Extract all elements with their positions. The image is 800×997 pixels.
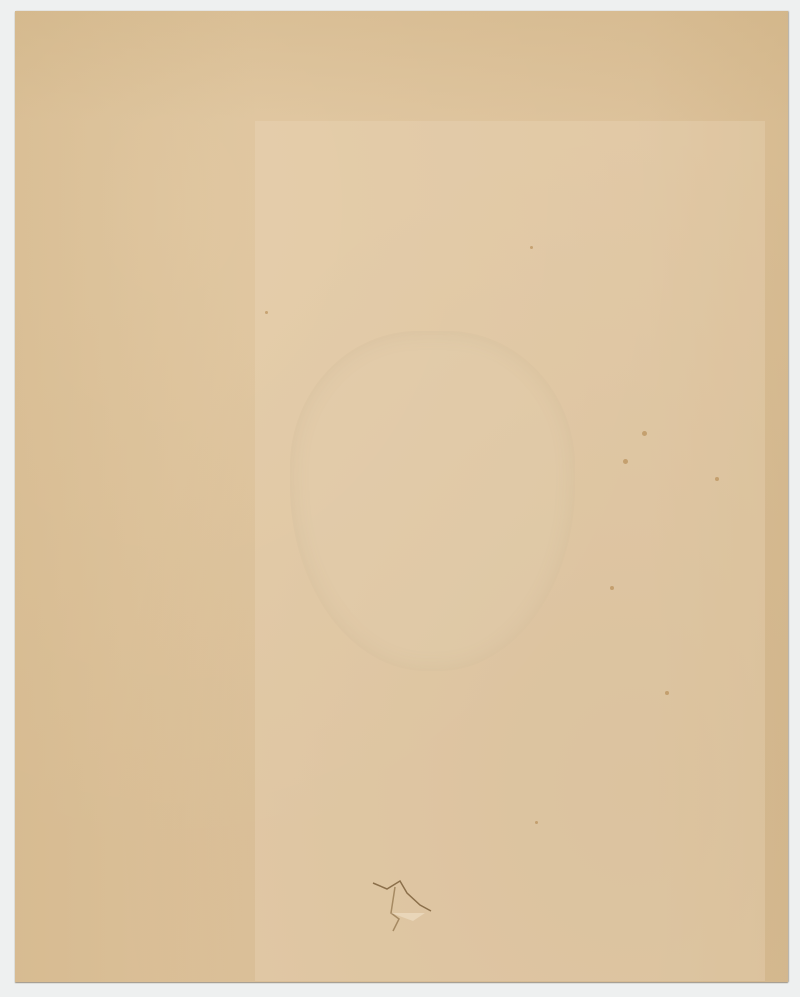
foxing-spot — [610, 586, 614, 590]
foxing-spot — [265, 311, 268, 314]
foxing-spot — [642, 431, 647, 436]
card-back — [15, 11, 788, 982]
foxing-spot — [535, 821, 538, 824]
foxing-spot — [665, 691, 669, 695]
foxing-spot — [715, 477, 719, 481]
paper-tear-icon — [365, 873, 435, 933]
foxing-spot — [530, 246, 533, 249]
discoloration-left — [15, 11, 255, 982]
foxing-spot — [623, 459, 628, 464]
